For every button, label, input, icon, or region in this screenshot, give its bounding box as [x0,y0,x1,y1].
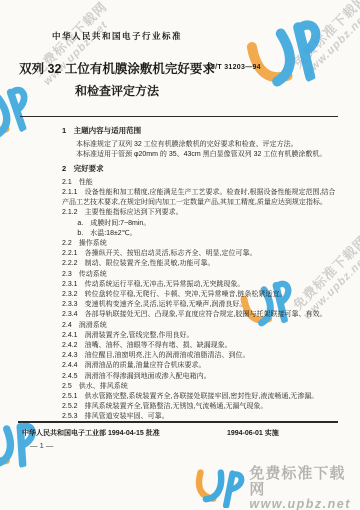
doc-clause: 2.3.2 转位盘转位平稳,无爬行、卡顿、突冲,无异常噪音,链条松紧适宜。 [62,290,340,300]
subsection-heading: 2.4 润滑系统 [62,321,340,331]
doc-title-line2: 和检查评定方法 [8,82,226,99]
section-heading: 1 主题内容与适用范围 [62,126,340,136]
watermark-site-name: 免费标准下载网 [288,0,360,71]
doc-clause: 2.3.3 变速机构变速齐全,灵活,运转平稳,无噪声,润滑良好。 [62,300,340,310]
doc-header: 中华人民共和国电子行业标准 双列 32 工位有机膜涂敷机完好要求 和检查评定方法 [8,30,226,99]
subsection-heading: 2.3 传动系统 [62,270,340,280]
header-rule [20,116,338,117]
watermark-site-url: www.upbz.net [249,498,360,510]
list-item: a. 成膜时间:7~8min。 [62,219,340,229]
implementation-text: 1994-06-01 实施 [227,428,279,438]
subsection-heading: 2.2 操作系统 [62,239,340,249]
watermark-site-url: www.upbz.net [301,2,360,80]
doc-clause: 2.4.4 润滑油品的质量,油量应符合机床要求。 [62,361,340,371]
subsection-heading: 2.5 供水、排风系统 [62,382,340,392]
doc-clause: 2.2.1 各操纵开关、按钮启动灵活,标志齐全、明显,定位可靠。 [62,249,340,259]
doc-title-line1: 双列 32 工位有机膜涂敷机完好要求 [8,59,226,77]
watermark-text-top-right: 免费标准下载网 www.upbz.net [288,0,360,80]
doc-clause: 2.4.3 油位醒目,油窗明亮,注入的润滑油或油脂清洁、到位。 [62,351,340,361]
subsection-heading: 2.1 性能 [62,178,340,188]
doc-clause: 2.4.5 润滑油不得渗漏到地面或渗入配电箱内。 [62,372,340,382]
standard-number: SJ/T 31203—94 [206,64,261,71]
doc-clause: 2.3.1 传动系统运行平稳,无冲击,无异常振动,无突跳现象。 [62,280,340,290]
upbz-logo-icon [237,11,339,103]
doc-clause: 2.5.2 排风系统装置齐全,管路整洁,无锈蚀,气流畅通,无漏气现象。 [62,402,340,412]
upbz-logo-banner: 免费标准下载网 www.upbz.net [192,466,360,510]
doc-clause: 2.3.4 各部导轨联接处无凹、凸现象,平直度应符合规定,胶圈与托架联接可靠、有… [62,310,340,320]
doc-clause: 2.4.2 油嘴、油杯、油眼等不得有堵、损、缺漏现象。 [62,341,340,351]
section-heading: 2 完好要求 [62,164,340,174]
footer-rule [18,421,338,423]
upbz-logo-icon [192,468,245,508]
doc-clause: 2.1.1 设备性能和加工精度,应能满足生产工艺要求。检查时,根据设备性能规定范… [62,188,340,208]
doc-clause: 2.5.1 供水管路完整,系统装置齐全,各联接处联接牢固,密封性好,液流畅通,无… [62,392,340,402]
page-number: — 1 — [30,441,53,450]
watermark-site-name: 免费标准下载网 [249,466,360,498]
document-page: 免费标准下载网 www.upbz.net 免费标准下载网 www.upbz.ne… [0,0,360,510]
doc-clause: 2.2.2 制动、限位装置齐全,性能灵敏,功能可靠。 [62,259,340,269]
doc-clause: 2.1.2 主要性能指标应达到下列要求。 [62,208,340,218]
doc-paragraph: 本标准规定了双列 32 工位有机膜涂敷机的完好要求和检查、评定方法。 [62,140,340,150]
doc-clause: 2.4.1 润滑装置齐全,管线完整,作用良好。 [62,331,340,341]
approval-text: 中华人民共和国电子工业部 1994-04-15 批准 [22,428,160,438]
doc-body: 1 主题内容与适用范围 本标准规定了双列 32 工位有机膜涂敷机的完好要求和检查… [62,123,340,423]
doc-paragraph: 本标准适用于管颈 φ20mm 的 35、43cm 黑白显像管双列 32 工位有机… [62,150,340,160]
list-item: b. 水温:18±2℃。 [62,229,340,239]
standard-type-heading: 中华人民共和国电子行业标准 [8,30,226,42]
